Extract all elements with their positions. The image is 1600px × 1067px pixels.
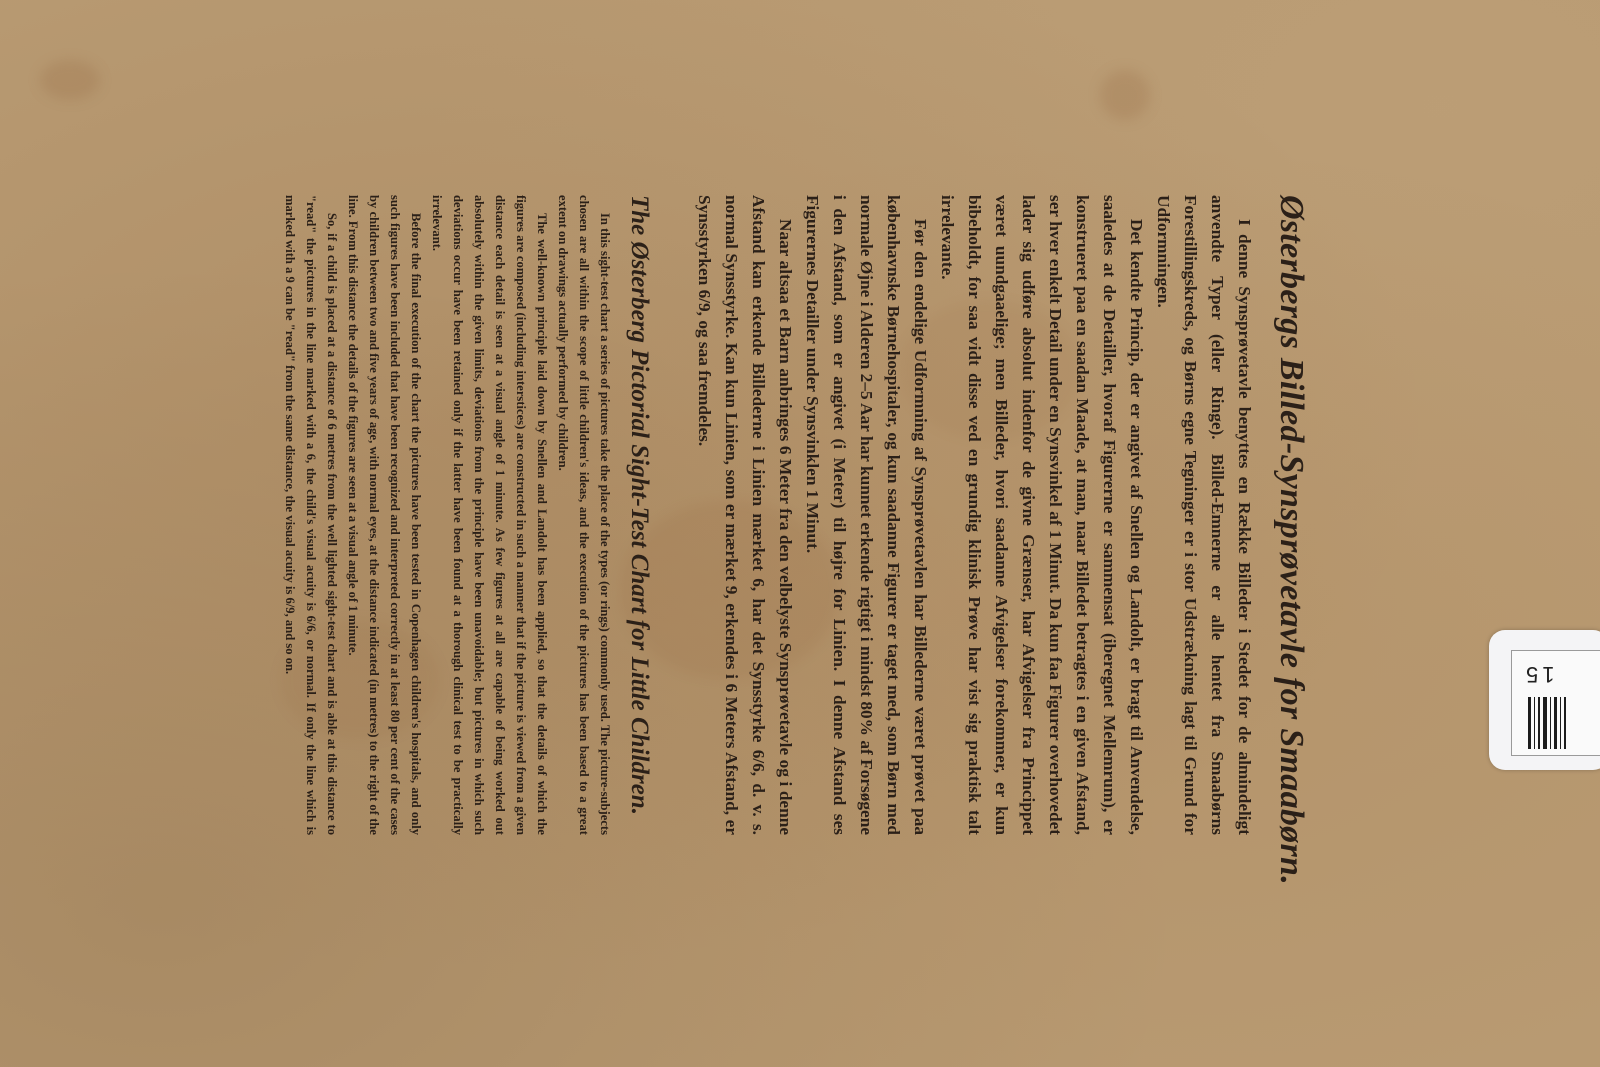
danish-paragraph: Det kendte Princip, der er angivet af Sn… [934, 195, 1150, 835]
danish-title: Østerbergs Billed-Synsprøvetavle for Sma… [1272, 195, 1310, 835]
danish-paragraph: Naar altsaa et Barn anbringes 6 Meter fr… [691, 195, 799, 835]
barcode-icon [1528, 697, 1566, 749]
document-sheet: Østerbergs Billed-Synsprøvetavle for Sma… [0, 0, 1600, 1067]
english-paragraph: So, if a child is placed at a distance o… [279, 195, 342, 835]
barcode-label: 15 [1489, 630, 1600, 770]
rotated-text-block: Østerbergs Billed-Synsprøvetavle for Sma… [160, 195, 1310, 855]
label-number: 15 [1522, 661, 1554, 687]
stain [40, 60, 100, 100]
english-paragraph: The well-known principle laid down by Sn… [426, 195, 552, 835]
danish-paragraph: Før den endelige Udformning af Synsprøve… [799, 195, 934, 835]
english-paragraph: Before the final execution of the chart … [342, 195, 426, 835]
english-title: The Østerberg Pictorial Sight-Test Chart… [625, 195, 653, 835]
stain [1100, 70, 1150, 120]
danish-paragraph: I denne Synsprøvetavle benyttes en Række… [1150, 195, 1258, 835]
english-paragraph: In this sight-test chart a series of pic… [552, 195, 615, 835]
